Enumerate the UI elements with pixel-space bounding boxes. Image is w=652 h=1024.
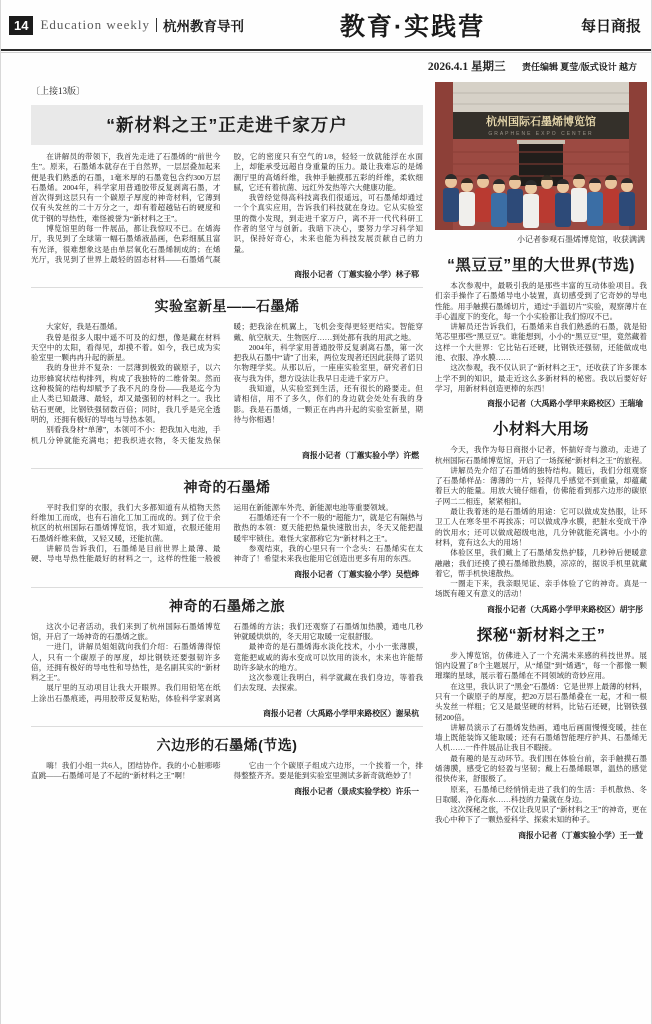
museum-photo-illustration: 杭州国际石墨烯博览馆 GRAPHENE EXPO CENTER — [435, 82, 647, 230]
paragraph: 它由一个个碳原子组成六边形，一个挨着一个，排得整整齐齐。要是能到实验室里测试多新… — [234, 761, 424, 782]
paragraph: 在讲解员的带领下，我首先走进了石墨烯的“前世今生”。原来，石墨烯本就存在于自然界… — [31, 152, 221, 224]
paragraph: 平时我们穿的衣服，我们大多都知道有从植物天然纤维加工而成，也有石油化工加工而成的… — [31, 503, 221, 544]
svg-text:GRAPHENE EXPO CENTER: GRAPHENE EXPO CENTER — [488, 131, 593, 137]
photo-caption: 小记者参观石墨烯博览馆，收获满满 — [435, 234, 645, 245]
paragraph: 在这里，我认识了“黑金”石墨烯：它是世界上最薄的材料，只有一个碳原子的厚度，把2… — [435, 682, 647, 723]
paragraph: 这次探秘之旅，不仅让我见识了“新材料之王”的神奇，更在我心中种下了一颗热爱科学、… — [435, 805, 647, 826]
article-lab-star: 实验室新星——石墨烯 大家好，我是石墨烯。我曾是很多人眼中遥不可及的幻想，像是藏… — [31, 287, 423, 461]
paragraph: 我曾经觉得高科技离我们很遥远，可石墨烯却通过一个个真实应用，告诉我们科技就在身边… — [234, 193, 424, 255]
paragraph: 体验区里，我们戴上了石墨烯发热护膝，几秒钟后便暖意融融；我们还摸了摸石墨烯散热膜… — [435, 548, 647, 579]
article-byline: 商报小记者（大禹路小学甲来路校区）王瑞瑜 — [435, 398, 643, 409]
article-body: 本次参观中，最吸引我的是那些丰富的互动体验项目。我们亲手操作了石墨烯导电小装置，… — [435, 281, 647, 394]
page-header: 14 Education weekly 杭州教育导刊 教育·实践营 每日商报 2… — [1, 0, 651, 74]
article-headline: 六边形的石墨烯(节选) — [31, 735, 423, 755]
continued-from-note: 〔上接13版〕 — [31, 84, 423, 97]
article-byline: 商报小记者（丁蕙实验小学）王一萱 — [435, 830, 643, 841]
paragraph: 一进门，讲解员姐姐就向我们介绍：石墨烯薄得惊人，只有一个碳原子的厚度，却比钢铁还… — [31, 642, 221, 683]
paragraph: 2004年，科学家用普通胶带反复剥离石墨，第一次把我从石墨中“请”了出来，两位发… — [234, 343, 424, 384]
lead-headline-band: “新材料之王”正走进千家万户 — [31, 105, 423, 145]
lead-headline: “新材料之王”正走进千家万户 — [31, 112, 423, 137]
article-graphene-journey: 神奇的石墨烯之旅 这次小记者活动，我们来到了杭州国际石墨烯博览馆，开启了一场神奇… — [31, 587, 423, 719]
section-title: 教育·实践营 — [244, 7, 581, 43]
paragraph: 本次参观中，最吸引我的是那些丰富的互动体验项目。我们亲手操作了石墨烯导电小装置，… — [435, 281, 647, 322]
edition-name-en: Education weekly — [40, 17, 150, 33]
article-body: 大家好，我是石墨烯。我曾是很多人眼中遥不可及的幻想，像是藏在材料天空中的太阳，看… — [31, 322, 423, 446]
article-black-beans: “黑豆豆”里的大世界(节选) 本次参观中，最吸引我的是那些丰富的互动体验项目。我… — [435, 253, 647, 409]
article-hexagon-graphene: 六边形的石墨烯(节选) 嗨！我们小组一共6人，团结协作。我的小心脏嘭嘭直跳——石… — [31, 726, 423, 797]
article-body: 这次小记者活动，我们来到了杭州国际石墨烯博览馆，开启了一场神奇的石墨烯之旅。一进… — [31, 622, 423, 704]
editors-credit: 责任编辑 夏莹/版式设计 越方 — [522, 62, 637, 72]
article-byline: 商报小记者（大禹路小学甲来路校区）胡宇彤 — [435, 604, 643, 615]
right-column-group: 杭州国际石墨烯博览馆 GRAPHENE EXPO CENTER — [435, 82, 647, 848]
article-headline: 小材料大用场 — [435, 417, 647, 439]
news-photo: 杭州国际石墨烯博览馆 GRAPHENE EXPO CENTER — [435, 82, 647, 230]
paragraph: 这次小记者活动，我们来到了杭州国际石墨烯博览馆，开启了一场神奇的石墨烯之旅。 — [31, 622, 221, 643]
article-byline: 商报小记者（丁蕙实验小学）许燃 — [31, 450, 419, 461]
article-byline: 商报小记者（景成实验学校）许乐一 — [31, 786, 419, 797]
paragraph: 最让我着迷的是石墨烯的用途：它可以做成发热服，让环卫工人在寒冬里不再挨冻；可以做… — [435, 507, 647, 548]
header-rule — [1, 49, 651, 51]
paragraph: 我的身世并不复杂：一层薄到极致的碳原子，以六边形蜂窝状结构排列，构成了我独特的二… — [31, 363, 221, 425]
article-lead: “新材料之王”正走进千家万户 在讲解员的带领下，我首先走进了石墨烯的“前世今生”… — [31, 105, 423, 280]
lead-body: 在讲解员的带领下，我首先走进了石墨烯的“前世今生”。原来，石墨烯本就存在于自然界… — [31, 152, 423, 265]
article-body: 今天，我作为每日商报小记者，怀揣好奇与激动，走进了杭州国际石墨烯博览馆，开启了一… — [435, 445, 647, 599]
article-body: 平时我们穿的衣服，我们大多都知道有从植物天然纤维加工而成，也有石油化工加工而成的… — [31, 503, 423, 565]
left-column-group: 〔上接13版〕 “新材料之王”正走进千家万户 在讲解员的带领下，我首先走进了石墨… — [31, 82, 423, 848]
article-headline: 实验室新星——石墨烯 — [31, 296, 423, 316]
paragraph: 石墨烯还有一个不一般的“超能力”，就是它有隔热与散热的本领：夏天能把热量快速散出… — [234, 513, 424, 544]
article-small-material: 小材料大用场 今天，我作为每日商报小记者，怀揣好奇与激动，走进了杭州国际石墨烯博… — [435, 417, 647, 614]
paragraph: 最神奇的是石墨烯海水淡化技术，小小一张薄膜，竟能把咸咸的海水变成可以饮用的淡水，… — [234, 642, 424, 673]
paragraph: 嗨！我们小组一共6人，团结协作。我的小心脏嘭嘭直跳——石墨烯可是了不起的“新材料… — [31, 761, 221, 782]
paragraph: 步入博览馆，仿佛进入了一个充满未来感的科技世界。展馆内设置了8个主题展厅，从“烯… — [435, 651, 647, 682]
issue-date: 2026.4.1 星期三 — [428, 61, 506, 73]
paragraph: 这次参观让我明白，科学就藏在我们身边，等着我们去发现、去探索。 — [234, 673, 424, 694]
masthead-row: 14 Education weekly 杭州教育导刊 教育·实践营 每日商报 — [1, 0, 651, 46]
newspaper-page: 14 Education weekly 杭州教育导刊 教育·实践营 每日商报 2… — [0, 0, 652, 1024]
paragraph: 讲解员还告诉我们，石墨烯来自我们熟悉的石墨，就是铅笔芯里那些“黑豆豆”。谁能想到… — [435, 322, 647, 363]
paragraph: 我知道，从实验室到生活，还有很长的路要走。但请相信，用不了多久，你们的身边就会处… — [234, 384, 424, 425]
svg-text:杭州国际石墨烯博览馆: 杭州国际石墨烯博览馆 — [486, 114, 596, 128]
article-byline: 商报小记者（丁蕙实验小学）吴恺烨 — [31, 569, 419, 580]
paragraph: 我曾是很多人眼中遥不可及的幻想，像是藏在材料天空中的太阳，看得见，却摸不着。如今… — [31, 333, 221, 364]
paragraph: 参观结束，我的心里只有一个念头：石墨烯实在太神奇了！希望未来我也能用它创造出更多… — [234, 544, 424, 565]
article-body: 步入博览馆，仿佛进入了一个充满未来感的科技世界。展馆内设置了8个主题展厅，从“烯… — [435, 651, 647, 826]
paper-name: 每日商报 — [581, 15, 641, 36]
paragraph: 最有趣的是互动环节。我们围在体验台前，亲手触摸石墨烯薄膜，感受它的轻盈与坚韧；戴… — [435, 754, 647, 785]
paragraph: 原来，石墨烯已经悄悄走进了我们的生活：手机散热、冬日取暖、净化海水……科技的力量… — [435, 785, 647, 806]
article-headline: “黑豆豆”里的大世界(节选) — [435, 253, 647, 275]
paragraph: 今天，我作为每日商报小记者，怀揣好奇与激动，走进了杭州国际石墨烯博览馆，开启了一… — [435, 445, 647, 466]
edition-name-cn: 杭州教育导刊 — [163, 15, 244, 35]
paragraph: 讲解员先介绍了石墨烯的独特结构。随后，我们分组观察了石墨烯样品：薄薄的一片，轻得… — [435, 466, 647, 507]
article-headline: 神奇的石墨烯之旅 — [31, 596, 423, 616]
article-byline: 商报小记者（大禹路小学甲来路校区）谢杲杭 — [31, 708, 419, 719]
article-magic-graphene: 神奇的石墨烯 平时我们穿的衣服，我们大多都知道有从植物天然纤维加工而成，也有石油… — [31, 468, 423, 580]
article-headline: 神奇的石墨烯 — [31, 477, 423, 497]
article-body: 嗨！我们小组一共6人，团结协作。我的小心脏嘭嘭直跳——石墨烯可是了不起的“新材料… — [31, 761, 423, 782]
paragraph: 这次参观，我不仅认识了“新材料之王”，还收获了许多课本上学不到的知识，最走近这么… — [435, 363, 647, 394]
page-number-badge: 14 — [9, 16, 33, 35]
paragraph: 一圈走下来，我亲眼见证、亲手体验了它的神奇。真是一场既有趣又有意义的活动！ — [435, 579, 647, 600]
page-content: 〔上接13版〕 “新材料之王”正走进千家万户 在讲解员的带领下，我首先走进了石墨… — [1, 74, 651, 848]
masthead-divider — [156, 18, 157, 32]
article-explore-king: 探秘“新材料之王” 步入博览馆，仿佛进入了一个充满未来感的科技世界。展馆内设置了… — [435, 623, 647, 841]
paragraph: 讲解员演示了石墨烯发热画，通电后画面慢慢变暖，挂在墙上既能装饰又能取暖；还有石墨… — [435, 723, 647, 754]
lead-byline: 商报小记者（丁蕙实验小学）林子郓 — [31, 269, 419, 280]
paragraph: 大家好，我是石墨烯。 — [31, 322, 221, 332]
article-headline: 探秘“新材料之王” — [435, 623, 647, 645]
news-photo-figure: 杭州国际石墨烯博览馆 GRAPHENE EXPO CENTER — [435, 82, 647, 245]
dateline: 2026.4.1 星期三 责任编辑 夏莹/版式设计 越方 — [1, 53, 651, 74]
